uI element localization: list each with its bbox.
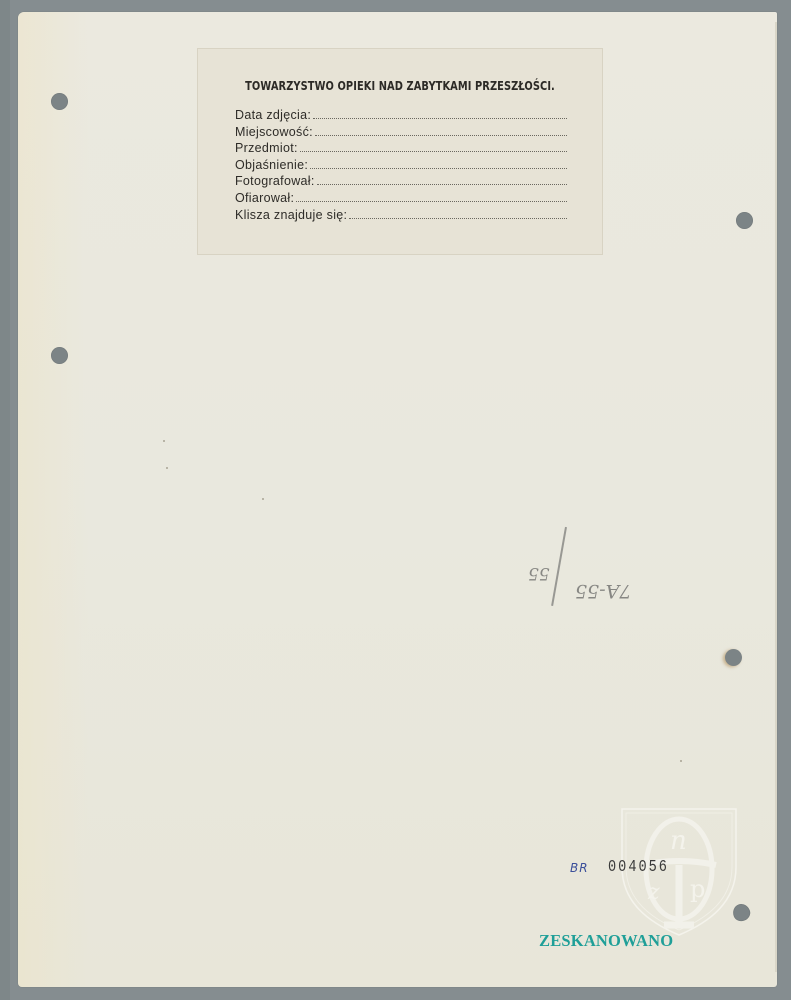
field-value-line (317, 184, 567, 185)
field-label: Objaśnienie: (235, 158, 310, 172)
field-row-photo-date: Data zdjęcia: (235, 108, 567, 125)
field-value-line (313, 118, 567, 119)
field-value-line (315, 135, 567, 136)
pencil-note: 7A-55 (575, 580, 631, 602)
field-row-photographer: Fotografował: (235, 174, 567, 191)
paper-speck (163, 440, 165, 442)
punch-hole-icon (725, 649, 742, 666)
inventory-prefix: BR (570, 861, 589, 875)
field-label: Data zdjęcia: (235, 108, 313, 122)
scanned-stamp: ZESKANOWANO (539, 931, 673, 951)
punch-hole-icon (51, 347, 68, 364)
paper-speck (262, 498, 264, 500)
paper-speck (680, 760, 682, 762)
field-row-description: Objaśnienie: (235, 158, 567, 175)
field-label: Ofiarował: (235, 191, 296, 205)
field-row-donor: Ofiarował: (235, 191, 567, 208)
field-value-line (300, 151, 567, 152)
label-card: TOWARZYSTWO OPIEKI NAD ZABYTKAMI PRZESZŁ… (197, 48, 603, 255)
field-label: Klisza znajduje się: (235, 208, 349, 222)
paper-aging-tint (18, 12, 88, 987)
field-label: Fotografował: (235, 174, 317, 188)
punch-hole-icon (51, 93, 68, 110)
card-fields: Data zdjęcia: Miejscowość: Przedmiot: Ob… (235, 108, 567, 224)
inventory-number: 004056 (608, 858, 669, 877)
pencil-note: 55 (528, 563, 550, 583)
paper-edge (775, 22, 777, 972)
paper-speck (166, 467, 168, 469)
field-row-subject: Przedmiot: (235, 141, 567, 158)
field-value-line (349, 218, 567, 219)
field-row-locality: Miejscowość: (235, 125, 567, 142)
field-value-line (296, 201, 567, 202)
punch-hole-icon (736, 212, 753, 229)
field-value-line (310, 168, 567, 169)
field-label: Przedmiot: (235, 141, 300, 155)
field-label: Miejscowość: (235, 125, 315, 139)
field-row-negative-location: Klisza znajduje się: (235, 208, 567, 225)
card-title: TOWARZYSTWO OPIEKI NAD ZABYTKAMI PRZESZŁ… (234, 79, 565, 93)
